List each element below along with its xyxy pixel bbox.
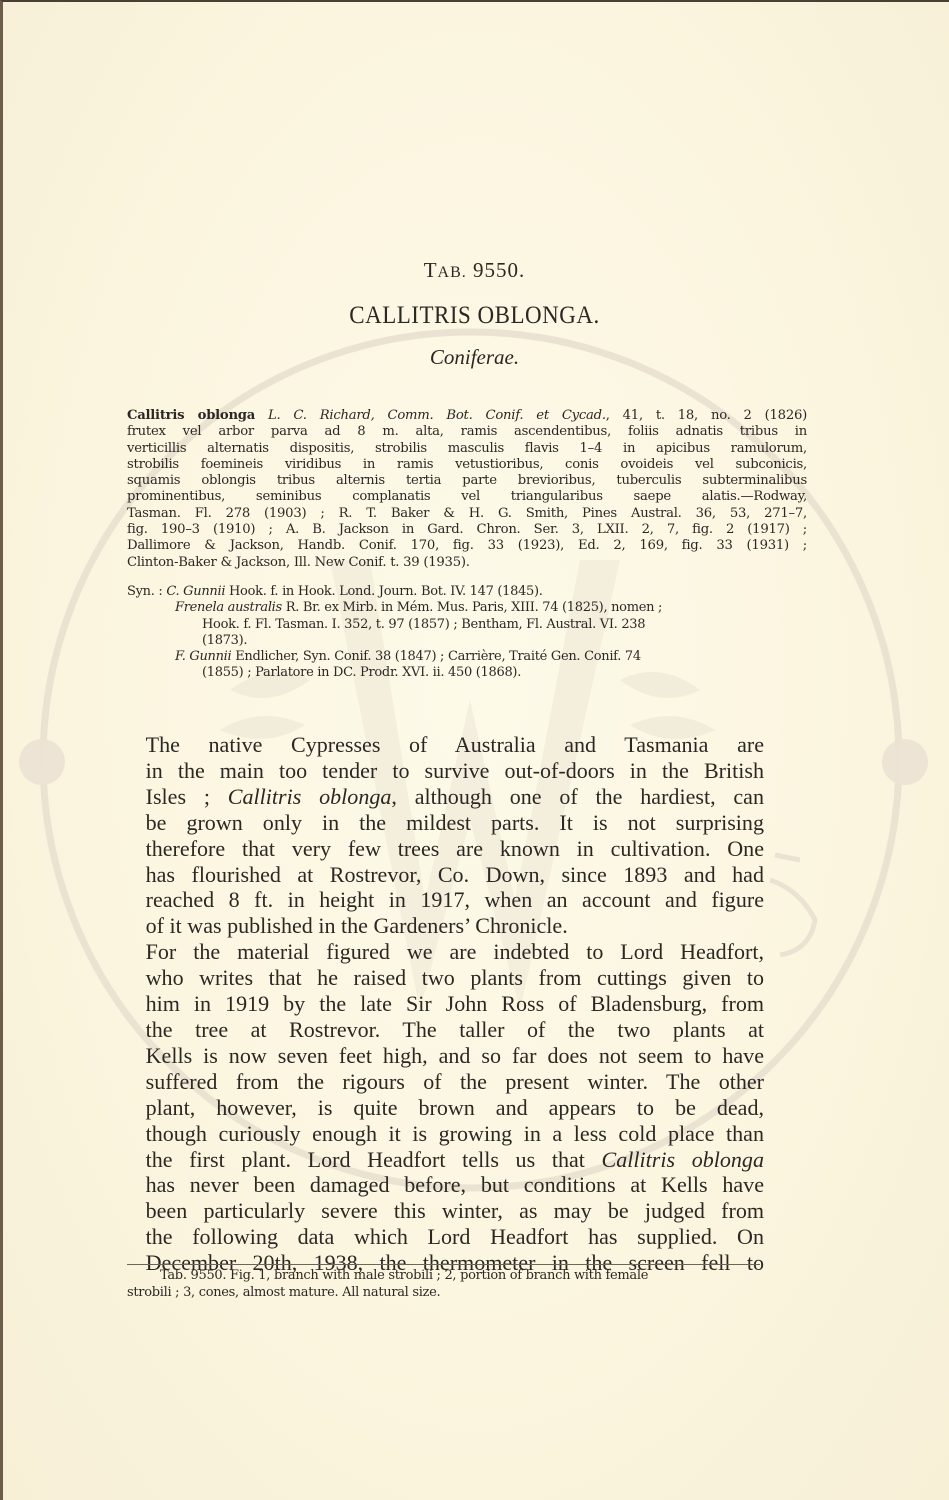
document-page: TAB. 9550. CALLITRIS OBLONGA. Coniferae.… (0, 0, 949, 1500)
diagnosis-line: strobilis foemineis viridibus in ramis v… (127, 457, 807, 473)
synonym-continuation: (1873). (127, 633, 807, 649)
synonymy: Syn. : C. Gunnii Hook. f. in Hook. Lond.… (127, 584, 807, 682)
diagnosis-line: frutex vel arbor parva ad 8 m. alta, ram… (127, 424, 807, 440)
diagnosis-line: Tasman. Fl. 278 (1903) ; R. T. Baker & H… (127, 506, 807, 522)
footnote-divider (127, 1264, 760, 1265)
diagnosis-line: prominentibus, seminibus complanatis vel… (127, 489, 807, 505)
diagnosis-line: Dallimore & Jackson, Handb. Conif. 170, … (127, 538, 807, 554)
family-name: Coniferae. (0, 345, 949, 370)
species-name-bold: Callitris oblonga (127, 408, 255, 423)
footnote-line: strobili ; 3, cones, almost mature. All … (127, 1285, 767, 1302)
diagnosis-line: squamis oblongis tribus alternis tertia … (127, 473, 807, 489)
body-text: The native Cypresses of Australia and Ta… (127, 732, 764, 1276)
synonym-entry: F. Gunnii Endlicher, Syn. Conif. 38 (184… (127, 649, 807, 665)
footnote-line: Tab. 9550. Fig. 1, branch with male stro… (127, 1268, 767, 1285)
paragraph-1: The native Cypresses of Australia and Ta… (127, 732, 764, 939)
plate-number: TAB. 9550. (0, 258, 949, 283)
species-title: CALLITRIS OBLONGA. (0, 300, 949, 329)
author-citation: L. C. Richard, Comm. Bot. Conif. et Cyca… (268, 408, 606, 423)
plate-caption-footnote: Tab. 9550. Fig. 1, branch with male stro… (127, 1268, 767, 1301)
synonym-continuation: Hook. f. Fl. Tasman. I. 352, t. 97 (1857… (127, 617, 807, 633)
diagnosis-line: verticillis alternatis dispositis, strob… (127, 441, 807, 457)
diagnosis-line: Clinton-Baker & Jackson, Ill. New Conif.… (127, 555, 807, 571)
diagnosis-line: fig. 190–3 (1910) ; A. B. Jackson in Gar… (127, 522, 807, 538)
diagnosis-line: Callitris oblonga L. C. Richard, Comm. B… (127, 408, 807, 424)
synonym-entry: Syn. : C. Gunnii Hook. f. in Hook. Lond.… (127, 584, 807, 600)
latin-diagnosis: Callitris oblonga L. C. Richard, Comm. B… (127, 408, 807, 571)
synonym-continuation: (1855) ; Parlatore in DC. Prodr. XVI. ii… (127, 665, 807, 681)
synonym-entry: Frenela australis R. Br. ex Mirb. in Mém… (127, 600, 807, 616)
paragraph-2: For the material figured we are indebted… (127, 939, 764, 1276)
